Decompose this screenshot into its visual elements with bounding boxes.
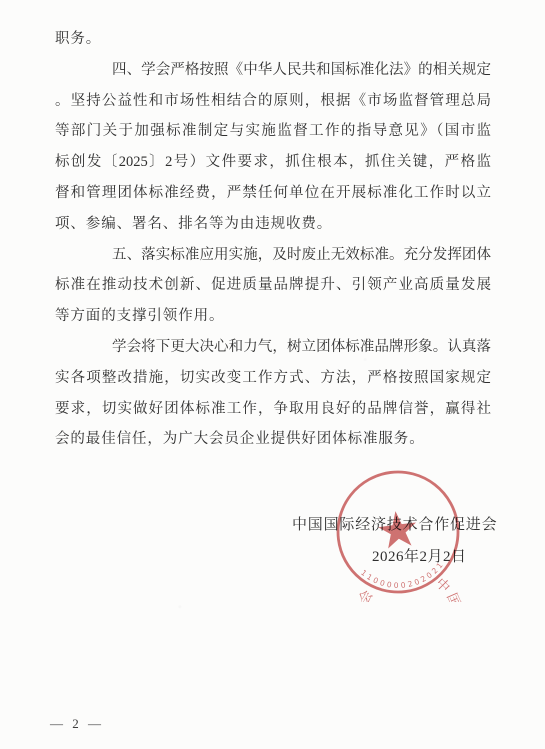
document-body: 职务。 四、学会严格按照《中华人民共和国标准化法》的相关规定 。坚持公益性和市场… [55, 24, 491, 455]
body-line: 会的最佳信任，为广大会员企业提供好团体标准服务。 [55, 424, 491, 455]
body-line: 实各项整改措施，切实改变工作方式、方法，严格按照国家规定 [55, 363, 491, 394]
document-page: 职务。 四、学会严格按照《中华人民共和国标准化法》的相关规定 。坚持公益性和市场… [0, 0, 545, 749]
body-line: 四、学会严格按照《中华人民共和国标准化法》的相关规定 [55, 55, 491, 86]
body-line: 等部门关于加强标准制定与实施监督工作的指导意见》（国市监 [55, 116, 491, 147]
body-line: 标准在推动技术创新、促进质量品牌提升、引领产业高质量发展 [55, 270, 491, 301]
body-line: 职务。 [55, 24, 491, 55]
official-seal: 中国国际经济技术合作促进会 1100000202021 [328, 462, 468, 602]
body-line: 督和管理团体标准经费，严禁任何单位在开展标准化工作时以立 [55, 178, 491, 209]
body-line: 标创发〔2025〕2号）文件要求，抓住根本，抓住关键，严格监 [55, 147, 491, 178]
body-line: 。坚持公益性和市场性相结合的原则，根据《市场监督管理总局 [55, 86, 491, 117]
body-line: 项、参编、署名、排名等为由违规收费。 [55, 209, 491, 240]
body-line: 学会将下更大决心和力气，树立团体标准品牌形象。认真落 [55, 332, 491, 363]
page-number: — 2 — [50, 716, 104, 732]
body-line: 要求，切实做好团体标准工作，争取用良好的品牌信誉，赢得社 [55, 394, 491, 425]
body-line: 五、落实标准应用实施，及时废止无效标准。充分发挥团体 [55, 240, 491, 271]
seal-star-icon [377, 509, 419, 550]
body-line: 等方面的支撑引领作用。 [55, 301, 491, 332]
